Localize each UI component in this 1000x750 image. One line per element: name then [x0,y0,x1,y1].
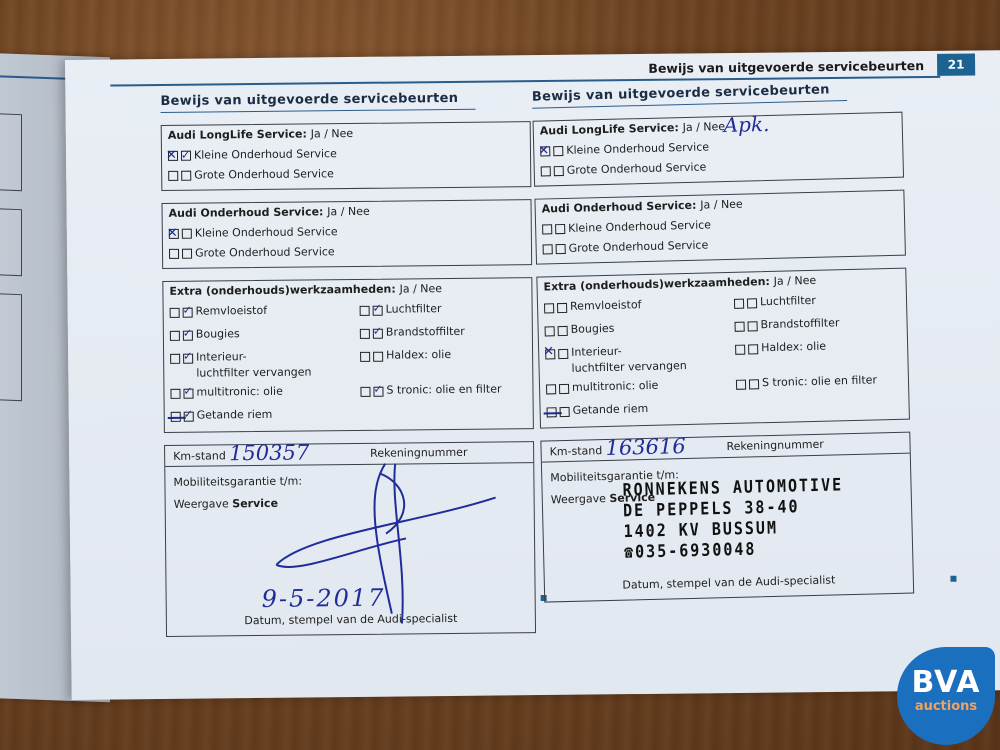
checkbox[interactable] [360,352,370,362]
checkbox[interactable] [541,166,551,176]
checkbox-crossed[interactable] [547,407,557,417]
onderhoud-service-box: Audi Onderhoud Service: Ja / Nee Kleine … [534,190,906,265]
checkbox[interactable] [734,299,744,309]
checkbox[interactable] [555,224,565,234]
checkbox[interactable] [170,331,180,341]
checkbox[interactable] [554,166,564,176]
checkbox-ticked[interactable] [183,389,193,399]
checkbox[interactable] [182,249,192,259]
checkbox-row[interactable]: Brandstoffilter [360,321,530,345]
checkbox[interactable] [557,303,567,313]
extra-work-box: Extra (onderhouds)werkzaamheden: Ja / Ne… [536,268,910,429]
handwritten-service-date: 9-5-2017 [262,584,386,613]
extra-work-grid: Remvloeistof Luchtfilter Bougies Brandst… [544,289,904,424]
mobiliteitsgarantie-label: Mobiliteitsgarantie t/m: [173,475,302,489]
checkbox-row[interactable]: S tronic: olie en filter [360,379,530,403]
checkbox-row[interactable]: multitronic: olie [546,374,736,401]
checkbox[interactable] [735,322,745,332]
page-number-tab: 21 [937,53,975,75]
km-stand-label: Km-stand [173,449,226,463]
checkbox[interactable] [169,249,179,259]
checkbox-ticked[interactable] [183,308,193,318]
checkbox[interactable] [546,384,556,394]
checkbox[interactable] [545,326,555,336]
page-header: Bewijs van uitgevoerde servicebeurten 21 [110,54,940,87]
checkbox[interactable] [560,407,570,417]
page-marker-square [950,576,956,582]
checkbox-checked[interactable] [540,146,550,156]
column-title: Bewijs van uitgevoerde servicebeurten [160,91,475,113]
km-stand-value: 163616 [605,434,686,460]
rekeningnummer-label: Rekeningnummer [370,446,467,460]
checkbox[interactable] [360,387,370,397]
checkbox-checked[interactable] [545,349,555,359]
checkbox-row[interactable]: Getande riem [546,397,736,424]
service-record-column-1: Bewijs van uitgevoerde servicebeurten Au… [160,90,536,637]
checkbox-row[interactable]: Bougies [544,316,734,343]
onderhoud-service-box: Audi Onderhoud Service: Ja / Nee Kleine … [162,199,533,269]
checkbox-row[interactable]: Luchtfilter [360,298,530,322]
checkbox[interactable] [748,344,758,354]
rekeningnummer-label: Rekeningnummer [726,438,824,453]
checkbox[interactable] [736,380,746,390]
checkbox[interactable] [559,384,569,394]
checkbox[interactable] [181,171,191,181]
service-record-stamp-box: Km-stand 150357 Rekeningnummer Mobilitei… [164,441,536,637]
checkbox-row[interactable]: Interieur- luchtfilter vervangen [170,346,360,382]
left-page-box-stub [0,293,22,401]
checkbox[interactable] [170,354,180,364]
column-title: Bewijs van uitgevoerde servicebeurten [532,82,847,109]
checkbox-checked[interactable] [169,229,179,239]
extra-work-box: Extra (onderhouds)werkzaamheden: Ja / Ne… [162,277,534,433]
checkbox[interactable] [542,224,552,234]
checkbox[interactable] [558,349,568,359]
checkbox[interactable] [558,326,568,336]
checkbox[interactable] [735,345,745,355]
booklet-page: Bewijs van uitgevoerde servicebeurten 21… [65,50,1000,700]
checkbox[interactable] [544,303,554,313]
checkbox-ticked[interactable] [373,306,383,316]
datum-stempel-label: Datum, stempel van de Audi-specialist [167,611,535,628]
checkbox-row[interactable]: Grote Onderhoud Service [169,240,526,264]
box-title: Extra (onderhouds)werkzaamheden: Ja / Ne… [169,281,526,298]
checkbox-ticked[interactable] [183,331,193,341]
weergave-label: Weergave Service [174,497,278,511]
checkbox-row[interactable]: Haldex: olie [735,335,906,373]
checkbox-ticked[interactable] [373,329,383,339]
left-page-box-stub [0,208,22,276]
checkbox[interactable] [170,308,180,318]
checkbox-row[interactable]: Bougies [170,323,360,347]
checkbox-row[interactable]: S tronic: olie en filter [736,370,906,396]
checkbox-row[interactable]: Grote Onderhoud Service [168,162,525,186]
longlife-service-box: Audi LongLife Service: Ja / Nee Kleine O… [161,121,532,191]
handwritten-apk-note: Apk. [723,112,769,137]
km-stand-label: Km-stand [549,444,602,458]
checkbox-ticked[interactable] [181,151,191,161]
checkbox-row[interactable]: Luchtfilter [734,289,904,315]
checkbox[interactable] [168,171,178,181]
box-title: Audi LongLife Service: Ja / Nee [168,125,525,142]
service-record-stamp-box: Km-stand 163616 Rekeningnummer Mobilitei… [540,432,914,603]
checkbox-row[interactable]: Remvloeistof [544,293,734,320]
checkbox-ticked[interactable] [373,387,383,397]
checkbox-row[interactable]: Haldex: olie [360,344,530,380]
datum-stempel-label: Datum, stempel van de Audi-specialist [545,572,913,594]
checkbox[interactable] [556,244,566,254]
bva-auctions-logo: BVA auctions [897,647,995,745]
extra-work-grid: Remvloeistof Luchtfilter Bougies Brandst… [170,298,528,428]
page-header-title: Bewijs van uitgevoerde servicebeurten [648,58,924,76]
left-page-box-stub [0,113,22,191]
checkbox[interactable] [748,321,758,331]
service-record-column-2: Bewijs van uitgevoerde servicebeurten Ap… [532,81,914,603]
checkbox-ticked[interactable] [184,412,194,422]
checkbox-row[interactable]: multitronic: olie [170,381,360,405]
checkbox[interactable] [543,244,553,254]
km-stand-value: 150357 [229,440,309,465]
checkbox[interactable] [749,379,759,389]
checkbox[interactable] [553,146,563,156]
checkbox[interactable] [170,389,180,399]
checkbox[interactable] [747,298,757,308]
checkbox-crossed[interactable] [171,412,181,422]
checkbox[interactable] [360,329,370,339]
dealer-stamp: RONNEKENS AUTOMOTIVE DE PEPPELS 38-40 14… [622,474,845,562]
checkbox[interactable] [360,306,370,316]
checkbox-ticked[interactable] [183,354,193,364]
checkbox-row[interactable]: Remvloeistof [170,300,360,324]
checkbox-row[interactable]: Interieur- luchtfilter vervangen [545,339,736,378]
checkbox-checked[interactable] [168,151,178,161]
checkbox-row[interactable]: Brandstoffilter [734,312,904,338]
checkbox-row[interactable]: Getande riem [171,404,361,428]
checkbox[interactable] [182,229,192,239]
longlife-service-box: Apk. Audi LongLife Service: Ja / Nee Kle… [533,112,905,187]
box-title: Audi Onderhoud Service: Ja / Nee [169,203,526,220]
checkbox[interactable] [373,352,383,362]
